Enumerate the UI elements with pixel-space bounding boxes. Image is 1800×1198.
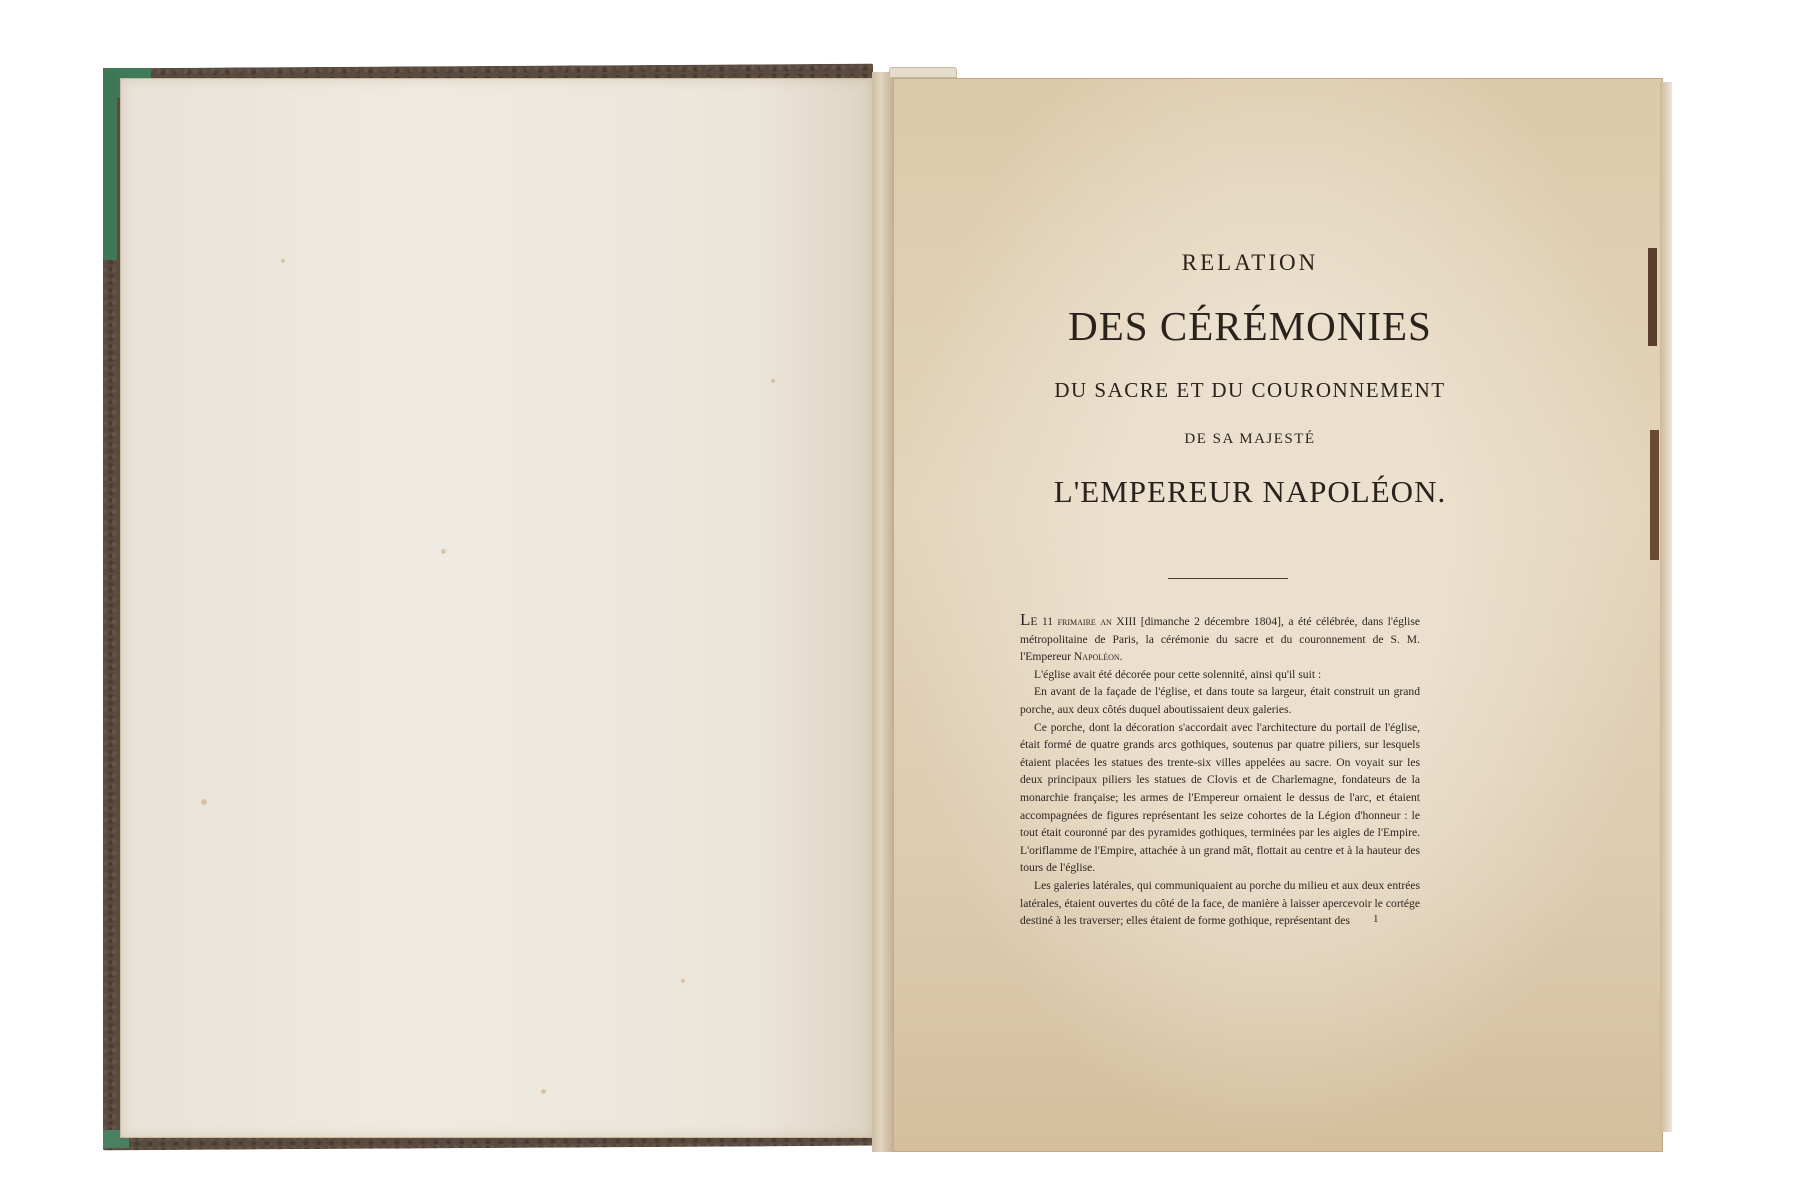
foxing-spot [541,1089,546,1094]
book-gutter [872,72,894,1152]
title-line-ceremonies: DES CÉRÉMONIES [1000,302,1500,350]
title-line-napoleon: L'EMPEREUR NAPOLÉON. [1000,474,1500,510]
paragraph-1: LE 11 frimaire an XIII [dimanche 2 décem… [1020,611,1420,666]
page-number: 1 [1373,913,1379,925]
paragraph-3: En avant de la façade de l'église, et da… [1020,683,1420,718]
title-line-relation: RELATION [1000,250,1500,276]
title-block: RELATION DES CÉRÉMONIES DU SACRE ET DU C… [1000,250,1500,510]
bookmark-ribbon [1650,430,1659,560]
title-line-majeste: DE SA MAJESTÉ [1000,431,1500,448]
left-blank-flyleaf [120,78,874,1138]
foxing-spot [771,379,775,383]
foxing-spot [201,799,207,805]
page-fore-edge [1660,82,1672,1132]
body-text: LE 11 frimaire an XIII [dimanche 2 décem… [1020,611,1420,930]
title-line-sacre: DU SACRE ET DU COURONNEMENT [1000,378,1500,403]
paragraph-4: Ce porche, dont la décoration s'accordai… [1020,719,1420,877]
drop-cap: L [1020,610,1030,629]
paragraph-2: L'église avait été décorée pour cette so… [1020,666,1420,684]
bookmark-ribbon [1648,248,1657,346]
cover-green-spine-edge [103,70,117,260]
page-tab-top [889,67,957,78]
paragraph-5: Les galeries latérales, qui communiquaie… [1020,877,1420,930]
foxing-spot [281,259,285,263]
foxing-spot [441,549,446,554]
title-divider-rule [1168,578,1288,579]
foxing-spot [681,979,685,983]
